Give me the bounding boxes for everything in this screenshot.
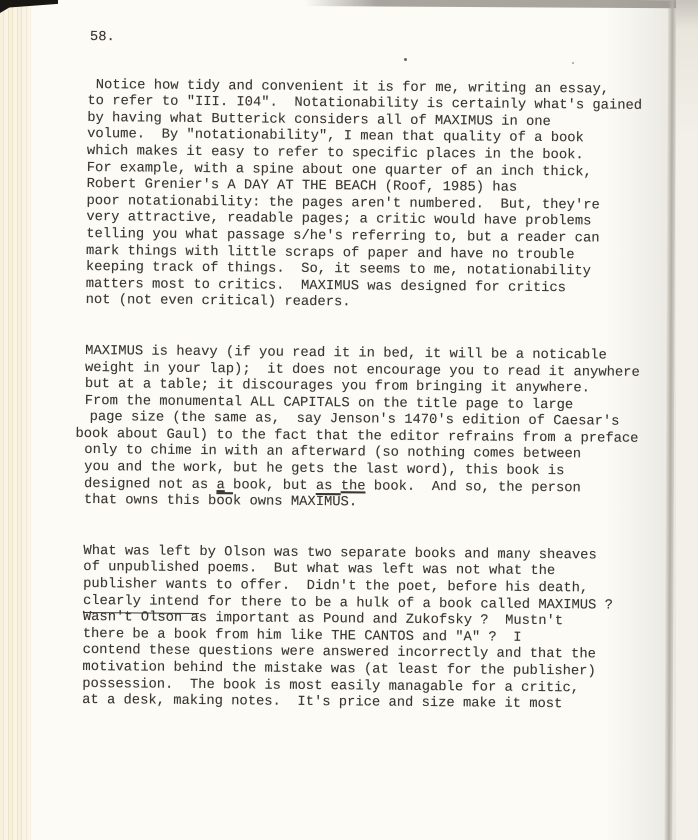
scanned-page: { "colors": { "paper": "#fcfbf6", "ink":… [0, 0, 698, 840]
text-block-paragraphs: Notice how tidy and convenient it is for… [82, 78, 665, 715]
paragraph: MAXIMUS is heavy (if you read it in bed,… [84, 344, 663, 515]
page-left-edge-band [0, 0, 34, 840]
next-page-edge [676, 0, 698, 840]
page-number: 58. [90, 30, 666, 52]
paragraph: Notice how tidy and convenient it is for… [86, 78, 666, 315]
paragraph: What was left by Olson was two separate … [82, 544, 661, 715]
text-block: 58. Notice how tidy and convenient it is… [82, 30, 666, 715]
